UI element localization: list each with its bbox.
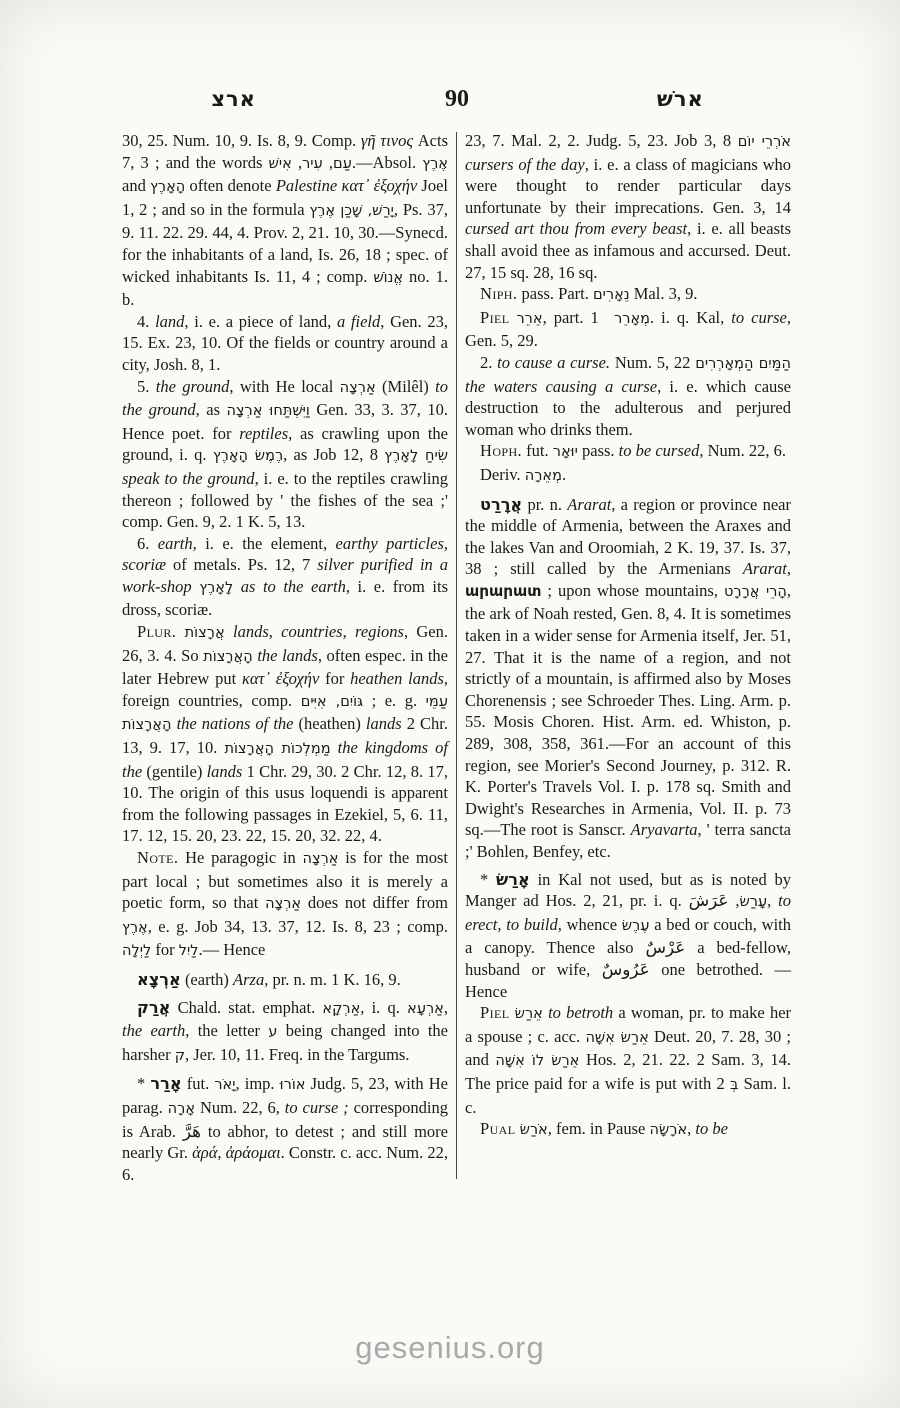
emphasis-text: lands: [207, 762, 243, 781]
dictionary-paragraph: * אָרַר fut. יָאֹר, imp. אוֹרוּ Judg. 5,…: [122, 1073, 448, 1185]
arabic-text: عَرَشَ: [689, 890, 729, 910]
hebrew-text: אַרְצָה: [303, 851, 339, 867]
page-header: ארצ 90 ארשׁ: [122, 86, 792, 113]
emphasis-text: the waters causing a curse: [465, 377, 657, 396]
dictionary-paragraph: 5. the ground, with He local אַרְצָה (Mi…: [122, 376, 448, 533]
hebrew-text: אֲרָצוֹת: [185, 625, 225, 641]
emphasis-text: Ararat: [743, 559, 787, 578]
hebrew-text: אֶרֶץ: [122, 920, 148, 936]
hebrew-text: אֶרֶץ: [422, 156, 448, 172]
dictionary-paragraph: אַרְצָא (earth) Arza, pr. n. m. 1 K. 16,…: [122, 969, 448, 991]
hebrew-text: עַם: [333, 156, 352, 172]
dictionary-paragraph: 23, 7. Mal. 2, 2. Judg. 5, 23. Job 3, 8 …: [465, 130, 791, 283]
greek-text: γῆ τινος: [361, 131, 413, 150]
emphasis-text: Aryavarta: [631, 820, 698, 839]
hebrew-text: לַיִל: [179, 943, 199, 959]
arabic-text: عَرْسٌ: [645, 937, 685, 957]
dictionary-paragraph: 4. land, i. e. a piece of land, a field,…: [122, 311, 448, 376]
emphasis-text: cursers of the day: [465, 155, 585, 174]
grammar-form-label: Plur.: [137, 622, 176, 641]
hebrew-headword: אָרַר: [150, 1074, 181, 1093]
grammar-form-label: Note.: [137, 848, 178, 867]
hebrew-text: מְאֵרָה: [525, 468, 562, 484]
hebrew-text: ק: [175, 1048, 185, 1064]
grammar-form-label: Niph.: [480, 284, 517, 303]
hebrew-text: לָאָרֶץ: [199, 580, 233, 596]
page-number: 90: [445, 86, 469, 112]
hebrew-text: שִׂיחַ לָאָרֶץ: [384, 448, 448, 464]
left-column: 30, 25. Num. 10, 9. Is. 8, 9. Comp. γῆ τ…: [122, 130, 448, 1185]
emphasis-text: to be: [695, 1119, 728, 1138]
hebrew-text: הָרֵי אֲרָרָט: [724, 584, 787, 600]
hebrew-headword: אֲרַק: [137, 998, 170, 1017]
emphasis-text: to cause a curse.: [497, 353, 610, 372]
hebrew-text: אַרְצָה: [340, 380, 376, 396]
hebrew-text: עָרַשׂ: [739, 894, 767, 910]
emphasis-text: heathen lands: [350, 669, 444, 688]
hebrew-headword: אֲרָרַט: [480, 495, 522, 514]
hebrew-text: אִישׁ: [269, 156, 292, 172]
emphasis-text: the lands: [257, 646, 318, 665]
emphasis-text: Arza: [233, 970, 264, 989]
greek-text: κατ᾽ ἐξοχήν: [341, 176, 417, 195]
emphasis-text: earth: [158, 534, 193, 553]
hebrew-text: הָאָרֶץ: [150, 179, 185, 195]
hebrew-text: יוּאָר: [553, 444, 578, 460]
hebrew-text: הָאֲרָצוֹת: [203, 649, 253, 665]
dictionary-paragraph: 2. to cause a curse. Num. 5, 22 הַמַּיִם…: [465, 352, 791, 440]
hebrew-text: אֹרְרֵי יוֹם: [738, 134, 791, 150]
hebrew-text: אֵרַשׂ לוֹ אִשָּׁה: [495, 1053, 579, 1069]
emphasis-text: to be cursed: [619, 441, 700, 460]
emphasis-text: to betroth: [548, 1003, 613, 1022]
emphasis-text: Ararat: [567, 495, 611, 514]
dictionary-paragraph: Plur. אֲרָצוֹת lands, countries, regions…: [122, 621, 448, 847]
emphasis-text: a field: [337, 312, 380, 331]
header-keyword-left: ארצ: [211, 87, 256, 111]
hebrew-headword: אָרַשׂ: [496, 870, 530, 889]
armenian-text: արարատ: [465, 582, 541, 600]
text-columns: 30, 25. Num. 10, 9. Is. 8, 9. Comp. γῆ τ…: [122, 130, 792, 1185]
greek-text: ἀρά, ἀράομαι: [192, 1143, 281, 1162]
column-divider: [456, 132, 457, 1179]
grammar-form-label: Piel: [480, 1003, 509, 1022]
emphasis-text: lands: [366, 714, 402, 733]
watermark: gesenius.org: [355, 1330, 545, 1365]
emphasis-text: cursed art thou from every beast: [465, 219, 687, 238]
emphasis-text: land: [155, 312, 184, 331]
hebrew-text: הַמַּיִם הַמְאָרְרִים: [695, 356, 791, 372]
hebrew-text: עִיר: [302, 156, 323, 172]
hebrew-text: בְּ: [730, 1077, 738, 1093]
hebrew-text: אַרְעָא: [407, 1001, 444, 1017]
dictionary-paragraph: * אָרַשׂ in Kal not used, but as is note…: [465, 869, 791, 1003]
dictionary-paragraph: אֲרַק Chald. stat. emphat. אַרְקָא, i. q…: [122, 997, 448, 1068]
dictionary-paragraph: Piel אֵרֵר, part. מְאָרֵר 1. i. q. Kal, …: [465, 307, 791, 352]
arabic-text: هَرَّ: [183, 1121, 201, 1141]
emphasis-text: to curse: [731, 308, 787, 327]
hebrew-text: נֵאָרִים: [593, 287, 630, 303]
greek-text: κατ᾽ ἐξοχήν: [242, 669, 319, 688]
hebrew-text: וַיִּשְׁתַּחוּ אַרְצָה: [226, 403, 309, 419]
grammar-form-label: Piel: [480, 308, 509, 327]
hebrew-text: אַרְקָא: [322, 1001, 360, 1017]
dictionary-paragraph: Niph. pass. Part. נֵאָרִים Mal. 3, 9.: [465, 283, 791, 307]
hebrew-text: אָרָה: [168, 1101, 195, 1117]
hebrew-text: אוֹרוּ: [280, 1077, 306, 1093]
emphasis-text: lands, countries, regions: [233, 622, 404, 641]
hebrew-text: מְאָרֵר: [614, 311, 650, 327]
hebrew-text: לַיְלָה: [122, 943, 151, 959]
right-column: 23, 7. Mal. 2, 2. Judg. 5, 23. Job 3, 8 …: [465, 130, 791, 1185]
hebrew-text: אֱנוֹשׁ: [373, 270, 403, 286]
hebrew-text: רֶמֶשׂ הָאָרֶץ: [213, 448, 283, 464]
grammar-form-label: Hoph.: [480, 441, 522, 460]
dictionary-paragraph: Piel אֵרַשׂ to betroth a woman, pr. to m…: [465, 1002, 791, 1118]
arabic-text: عَرُوسٌ: [602, 959, 650, 979]
hebrew-text: אֵרַשׂ אִשָּׁה: [585, 1030, 648, 1046]
emphasis-text: reptiles: [239, 424, 288, 443]
dictionary-paragraph: Hoph. fut. יוּאָר pass. to be cursed, Nu…: [465, 440, 791, 464]
hebrew-headword: אַרְצָא: [137, 970, 181, 989]
dictionary-paragraph: 6. earth, i. e. the element, earthy part…: [122, 533, 448, 621]
hebrew-text: אֵרֵר: [516, 311, 542, 327]
dictionary-paragraph: Note. He paragogic in אַרְצָה is for the…: [122, 847, 448, 963]
emphasis-text: to curse ;: [285, 1098, 349, 1117]
grammar-form-label: Pual: [480, 1119, 515, 1138]
hebrew-text: אֹרַשׂ: [520, 1122, 548, 1138]
dictionary-paragraph: אֲרָרַט pr. n. Ararat, a region or provi…: [465, 494, 791, 863]
hebrew-text: ע: [268, 1024, 277, 1040]
hebrew-text: אֵרַשׂ: [515, 1006, 543, 1022]
hebrew-text: עֶרֶשׂ: [622, 918, 650, 934]
emphasis-text: Palestine: [276, 176, 337, 195]
hebrew-text: גּוֹיִם, אִיִּים: [301, 694, 363, 710]
emphasis-text: the nations of the: [177, 714, 294, 733]
hebrew-text: מַמְלְכוֹת הָאֲרָצוֹת: [224, 741, 330, 757]
hebrew-text: יָאֹר: [214, 1077, 235, 1093]
emphasis-text: speak to the ground: [122, 469, 255, 488]
emphasis-text: the earth: [122, 1021, 185, 1040]
dictionary-paragraph: Deriv. מְאֵרָה.: [465, 464, 791, 488]
lexicon-page: ארצ 90 ארשׁ 30, 25. Num. 10, 9. Is. 8, 9…: [0, 0, 900, 1408]
hebrew-text: יָרַשׁ, שָׁכַן אֶרֶץ: [309, 203, 394, 219]
hebrew-text: אַרְצָה: [265, 896, 301, 912]
emphasis-text: the ground: [156, 377, 230, 396]
dictionary-paragraph: Pual אֹרַשׂ, fem. in Pause אֹרָשָׂה, to …: [465, 1118, 791, 1142]
hebrew-text: אֹרָשָׂה: [650, 1122, 688, 1138]
page-footer: gesenius.org: [0, 1330, 900, 1366]
header-keyword-right: ארשׁ: [657, 87, 704, 111]
dictionary-paragraph: 30, 25. Num. 10, 9. Is. 8, 9. Comp. γῆ τ…: [122, 130, 448, 311]
emphasis-text: as to the earth: [241, 577, 346, 596]
